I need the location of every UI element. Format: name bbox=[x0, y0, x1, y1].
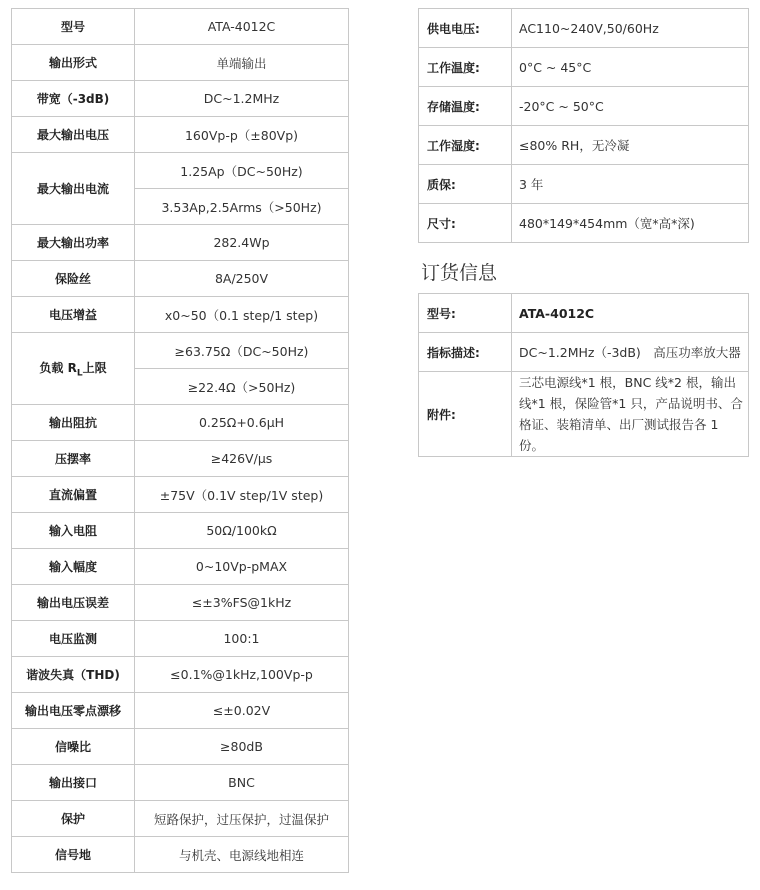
spec-value: 480*149*454mm（宽*高*深) bbox=[512, 204, 749, 243]
spec-label: 输出阻抗 bbox=[12, 405, 135, 441]
spec-value: -20°C ~ 50°C bbox=[512, 87, 749, 126]
spec-table-left: 型号ATA-4012C 输出形式单端输出 带宽（-3dB)DC~1.2MHz 最… bbox=[11, 8, 349, 873]
order-value: DC~1.2MHz（-3dB) 高压功率放大器 bbox=[512, 333, 749, 372]
spec-value: ≤±0.02V bbox=[135, 693, 349, 729]
spec-row-zero-drift: 输出电压零点漂移≤±0.02V bbox=[12, 693, 349, 729]
spec-label: 工作温度: bbox=[419, 48, 512, 87]
spec-value: 短路保护，过压保护，过温保护 bbox=[135, 801, 349, 837]
spec-row-signal-ground: 信号地与机壳、电源线地相连 bbox=[12, 837, 349, 873]
spec-row-input-resistance: 输入电阻50Ω/100kΩ bbox=[12, 513, 349, 549]
spec-label: 输入幅度 bbox=[12, 549, 135, 585]
spec-table-right: 供电电压:AC110~240V,50/60Hz 工作温度:0°C ~ 45°C … bbox=[418, 8, 749, 243]
order-info-heading: 订货信息 bbox=[421, 258, 497, 285]
spec-row-voltage-gain: 电压增益x0~50（0.1 step/1 step) bbox=[12, 297, 349, 333]
spec-label: 保护 bbox=[12, 801, 135, 837]
spec-row-max-power: 最大输出功率282.4Wp bbox=[12, 225, 349, 261]
spec-row-model: 型号ATA-4012C bbox=[12, 9, 349, 45]
spec-value: DC~1.2MHz bbox=[135, 81, 349, 117]
spec-value: ≤±3%FS@1kHz bbox=[135, 585, 349, 621]
spec-value: 0°C ~ 45°C bbox=[512, 48, 749, 87]
spec-value: ≤80% RH，无冷凝 bbox=[512, 126, 749, 165]
order-label: 指标描述: bbox=[419, 333, 512, 372]
order-info-table: 型号:ATA-4012C 指标描述:DC~1.2MHz（-3dB) 高压功率放大… bbox=[418, 293, 749, 457]
order-row-model: 型号:ATA-4012C bbox=[419, 294, 749, 333]
spec-label: 最大输出电流 bbox=[12, 153, 135, 225]
spec-label: 输入电阻 bbox=[12, 513, 135, 549]
spec-label: 电压增益 bbox=[12, 297, 135, 333]
spec-row-dimensions: 尺寸:480*149*454mm（宽*高*深) bbox=[419, 204, 749, 243]
spec-row-thd: 谐波失真（THD)≤0.1%@1kHz,100Vp-p bbox=[12, 657, 349, 693]
spec-row-load-limit: 负载 RL上限≥63.75Ω（DC~50Hz) bbox=[12, 333, 349, 369]
spec-value: 3 年 bbox=[512, 165, 749, 204]
spec-label: 直流偏置 bbox=[12, 477, 135, 513]
spec-value: 282.4Wp bbox=[135, 225, 349, 261]
spec-label: 输出电压误差 bbox=[12, 585, 135, 621]
spec-label: 带宽（-3dB) bbox=[12, 81, 135, 117]
spec-value: ≥80dB bbox=[135, 729, 349, 765]
spec-value: ≥22.4Ω（>50Hz) bbox=[135, 369, 349, 405]
spec-value: 与机壳、电源线地相连 bbox=[135, 837, 349, 873]
spec-label: 工作湿度: bbox=[419, 126, 512, 165]
spec-row-supply-voltage: 供电电压:AC110~240V,50/60Hz bbox=[419, 9, 749, 48]
spec-row-snr: 信噪比≥80dB bbox=[12, 729, 349, 765]
spec-row-dc-offset: 直流偏置±75V（0.1V step/1V step) bbox=[12, 477, 349, 513]
spec-row-input-amplitude: 输入幅度0~10Vp-pMAX bbox=[12, 549, 349, 585]
spec-label: 尺寸: bbox=[419, 204, 512, 243]
spec-value: 3.53Ap,2.5Arms（>50Hz) bbox=[135, 189, 349, 225]
spec-value: ≥63.75Ω（DC~50Hz) bbox=[135, 333, 349, 369]
spec-label: 最大输出功率 bbox=[12, 225, 135, 261]
spec-row-output-port: 输出接口BNC bbox=[12, 765, 349, 801]
spec-label: 信号地 bbox=[12, 837, 135, 873]
spec-value: 0.25Ω+0.6μH bbox=[135, 405, 349, 441]
spec-row-output-impedance: 输出阻抗0.25Ω+0.6μH bbox=[12, 405, 349, 441]
spec-row-storage-temp: 存储温度:-20°C ~ 50°C bbox=[419, 87, 749, 126]
order-row-accessories: 附件:三芯电源线*1 根，BNC 线*2 根，输出线*1 根，保险管*1 只，产… bbox=[419, 372, 749, 457]
spec-label: 最大输出电压 bbox=[12, 117, 135, 153]
spec-row-warranty: 质保:3 年 bbox=[419, 165, 749, 204]
spec-value: AC110~240V,50/60Hz bbox=[512, 9, 749, 48]
spec-label: 输出接口 bbox=[12, 765, 135, 801]
spec-label: 保险丝 bbox=[12, 261, 135, 297]
spec-label: 型号 bbox=[12, 9, 135, 45]
spec-label: 压摆率 bbox=[12, 441, 135, 477]
spec-value: ±75V（0.1V step/1V step) bbox=[135, 477, 349, 513]
spec-row-max-voltage: 最大输出电压160Vp-p（±80Vp) bbox=[12, 117, 349, 153]
spec-label: 负载 RL上限 bbox=[12, 333, 135, 405]
spec-value: 160Vp-p（±80Vp) bbox=[135, 117, 349, 153]
order-row-description: 指标描述:DC~1.2MHz（-3dB) 高压功率放大器 bbox=[419, 333, 749, 372]
spec-row-operating-temp: 工作温度:0°C ~ 45°C bbox=[419, 48, 749, 87]
order-value: ATA-4012C bbox=[512, 294, 749, 333]
spec-label: 供电电压: bbox=[419, 9, 512, 48]
spec-row-max-current: 最大输出电流1.25Ap（DC~50Hz) bbox=[12, 153, 349, 189]
spec-value: 1.25Ap（DC~50Hz) bbox=[135, 153, 349, 189]
spec-row-bandwidth: 带宽（-3dB)DC~1.2MHz bbox=[12, 81, 349, 117]
order-label: 型号: bbox=[419, 294, 512, 333]
spec-value: x0~50（0.1 step/1 step) bbox=[135, 297, 349, 333]
order-label: 附件: bbox=[419, 372, 512, 457]
spec-value: 50Ω/100kΩ bbox=[135, 513, 349, 549]
spec-label: 输出形式 bbox=[12, 45, 135, 81]
spec-label: 质保: bbox=[419, 165, 512, 204]
spec-row-fuse: 保险丝8A/250V bbox=[12, 261, 349, 297]
spec-label: 谐波失真（THD) bbox=[12, 657, 135, 693]
spec-row-voltage-monitor: 电压监测100:1 bbox=[12, 621, 349, 657]
spec-value: 8A/250V bbox=[135, 261, 349, 297]
spec-label: 电压监测 bbox=[12, 621, 135, 657]
spec-row-humidity: 工作湿度:≤80% RH，无冷凝 bbox=[419, 126, 749, 165]
spec-label: 输出电压零点漂移 bbox=[12, 693, 135, 729]
spec-value: BNC bbox=[135, 765, 349, 801]
spec-label: 存储温度: bbox=[419, 87, 512, 126]
spec-row-output-error: 输出电压误差≤±3%FS@1kHz bbox=[12, 585, 349, 621]
spec-row-slew-rate: 压摆率≥426V/μs bbox=[12, 441, 349, 477]
spec-value: 100:1 bbox=[135, 621, 349, 657]
spec-label: 信噪比 bbox=[12, 729, 135, 765]
spec-row-protection: 保护短路保护，过压保护，过温保护 bbox=[12, 801, 349, 837]
spec-row-output-form: 输出形式单端输出 bbox=[12, 45, 349, 81]
spec-value: ≥426V/μs bbox=[135, 441, 349, 477]
spec-value: ≤0.1%@1kHz,100Vp-p bbox=[135, 657, 349, 693]
spec-value: ATA-4012C bbox=[135, 9, 349, 45]
spec-value: 0~10Vp-pMAX bbox=[135, 549, 349, 585]
order-value: 三芯电源线*1 根，BNC 线*2 根，输出线*1 根，保险管*1 只，产品说明… bbox=[512, 372, 749, 457]
spec-value: 单端输出 bbox=[135, 45, 349, 81]
